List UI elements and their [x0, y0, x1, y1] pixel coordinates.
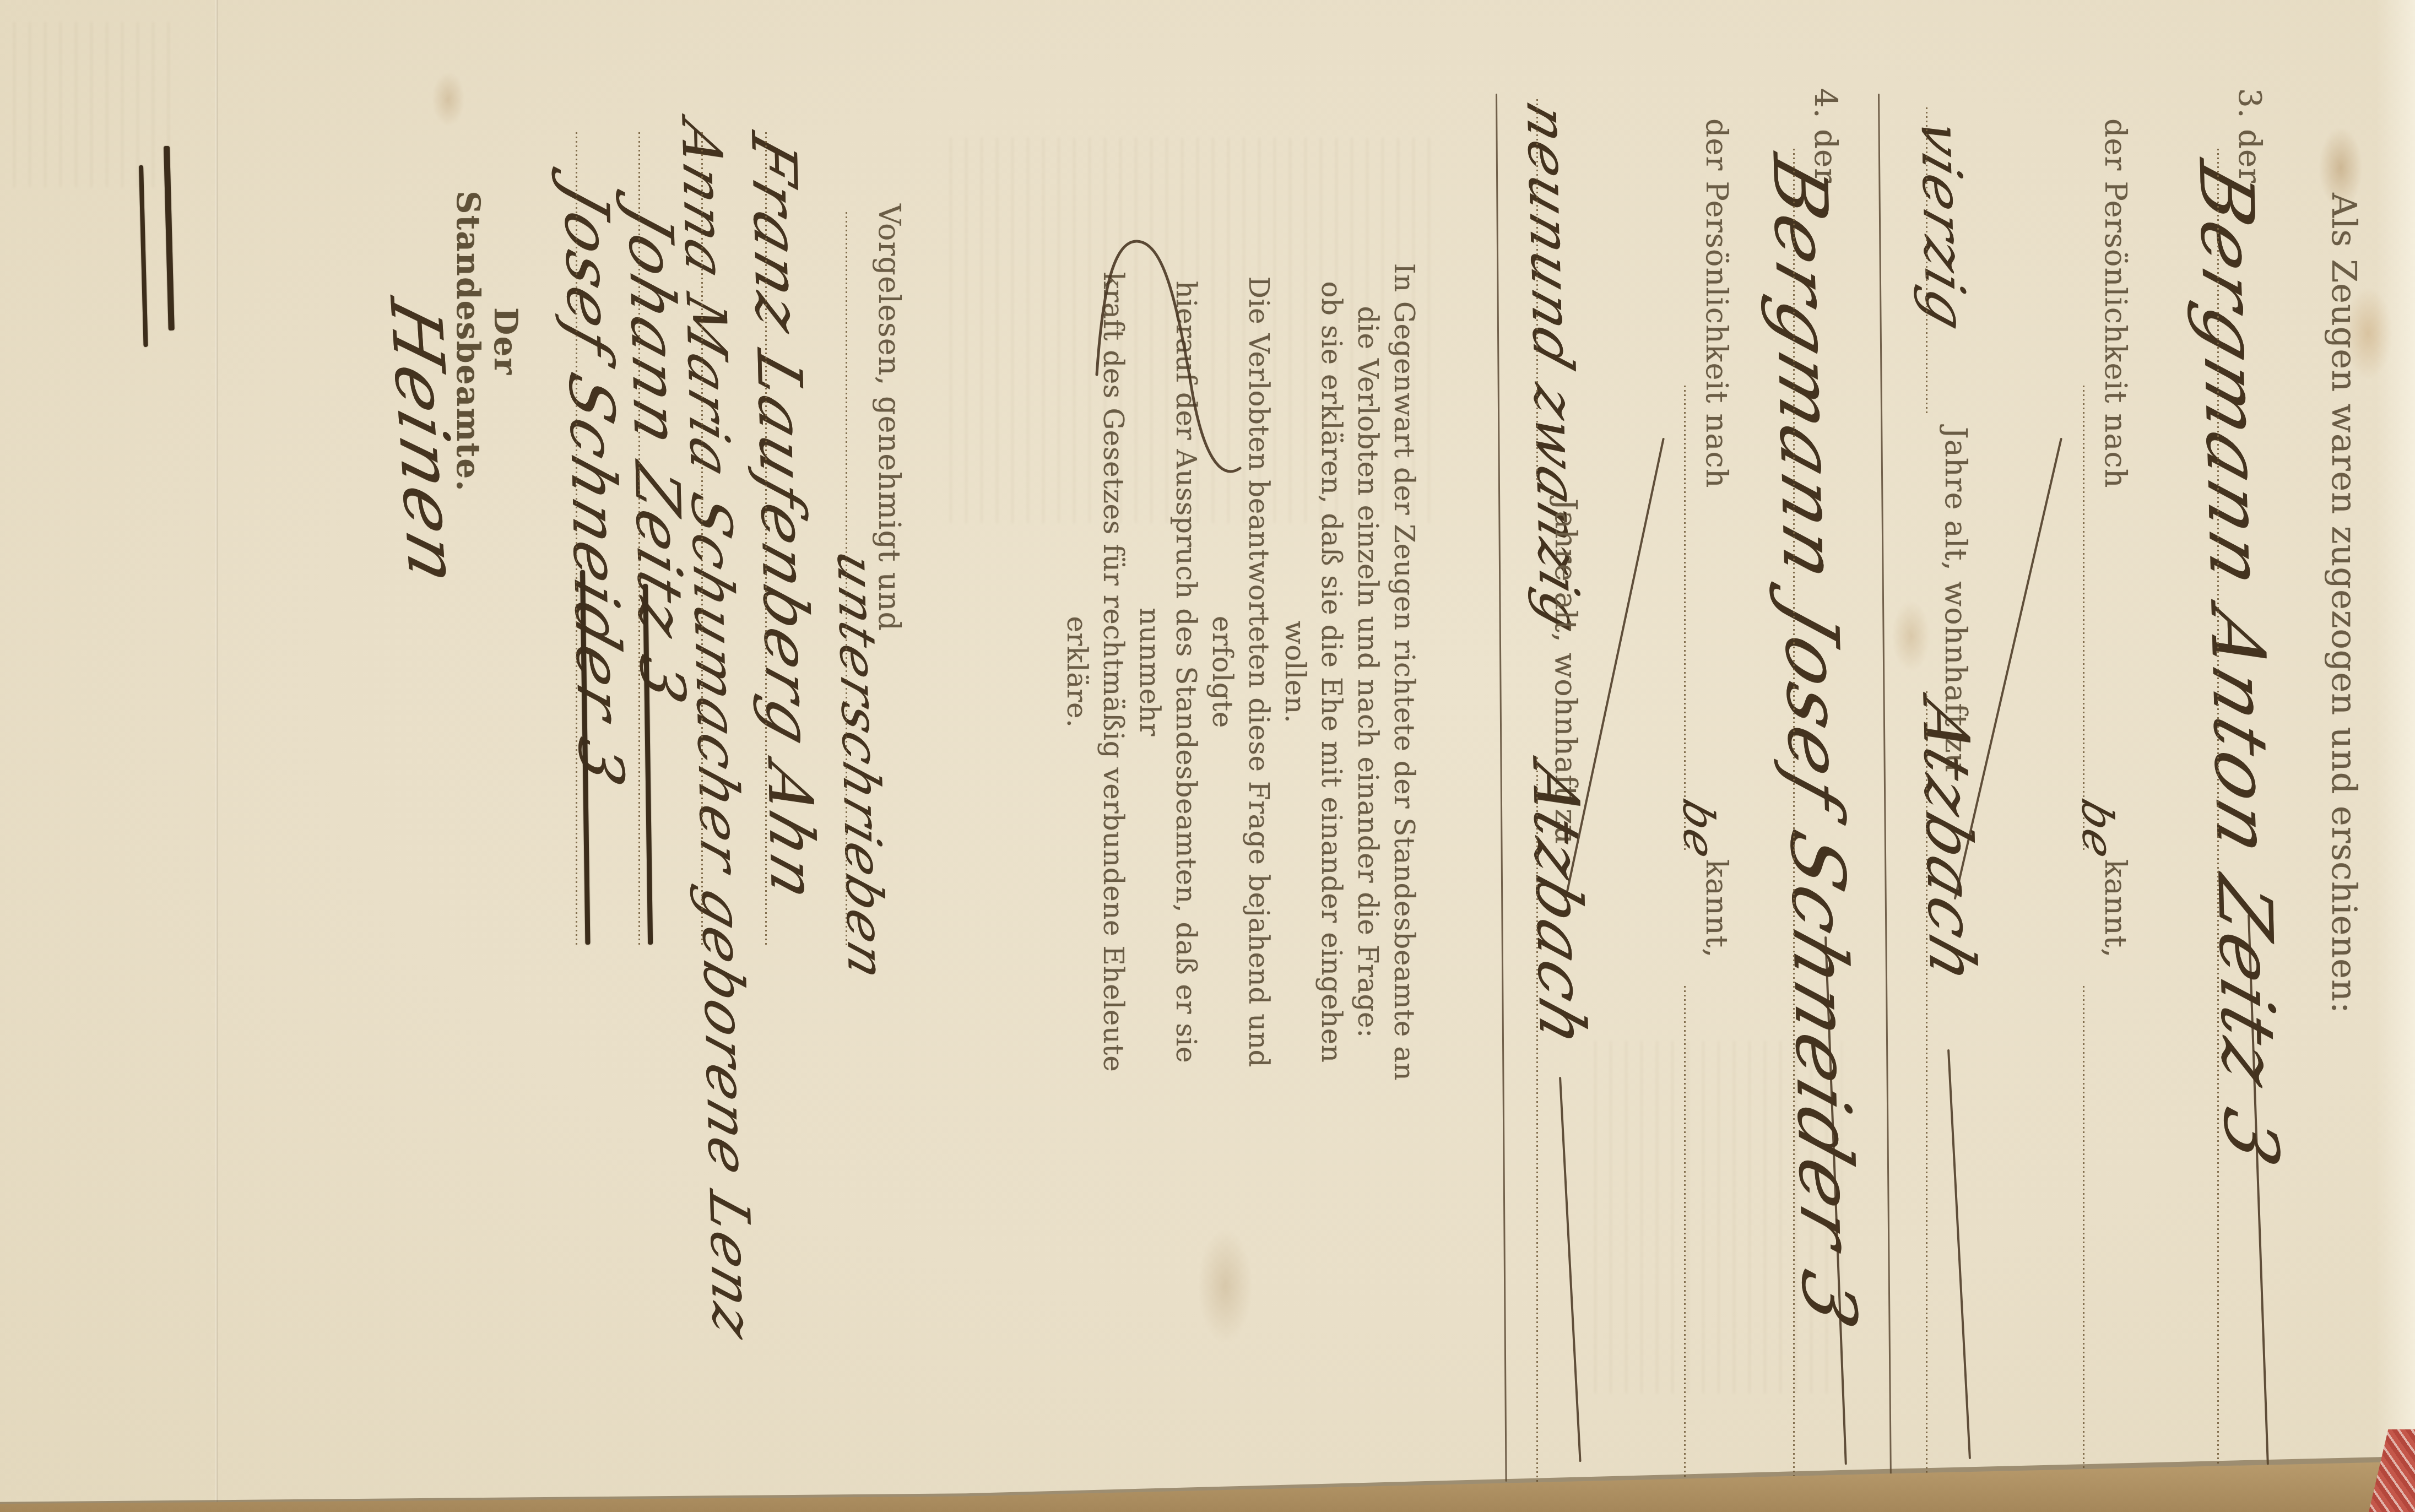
witness3-residence-handwriting: Atzbach [1912, 705, 1985, 981]
witness4-identity-suffix: kannt, [1699, 859, 1734, 958]
closing-hand-text: unterschrieben [826, 544, 896, 989]
declaration-line: In Gegenwart der Zeugen richtete der Sta… [1386, 237, 1422, 1107]
ink-showthrough [13, 22, 178, 187]
witness3-identity-suffix: kannt, [2098, 859, 2133, 958]
witness3-name-text: Bergmann Anton Zeitz 3 [2183, 151, 2295, 1179]
witness4-identity-handwriting: be [1674, 801, 1723, 858]
dotted-rule [1926, 107, 1927, 413]
dotted-rule [765, 132, 767, 947]
dotted-rule [1536, 99, 1538, 482]
dotted-rule [638, 132, 640, 947]
pen-strike [1559, 1077, 1582, 1462]
dotted-rule [2083, 386, 2084, 851]
registrar-signature: Heinen [383, 306, 465, 581]
dotted-rule [2083, 986, 2084, 1482]
entry-separator-line [1496, 94, 1507, 1482]
witness3-number-prefix: 3. der [2232, 88, 2267, 183]
witness4-name-handwriting: Bergmann Josef Schneider 3 [1771, 165, 1858, 1321]
register-page-rotated: Als Zeugen waren zugezogen und erschiene… [0, 0, 2415, 1512]
paper-stain [1892, 600, 1930, 672]
dotted-rule [576, 132, 577, 947]
fold-crease [215, 0, 218, 1512]
witness3-name-handwriting: Bergmann Anton Zeitz 3 [2195, 171, 2282, 1159]
register-scan: Als Zeugen waren zugezogen und erschiene… [0, 0, 2415, 1512]
witness4-residence-handwriting: Atzbach [1521, 768, 1595, 1044]
signature-witness-4: Josef Schneider 3 [557, 190, 629, 782]
signature-witness-1: Franz Laufenberg Ahn [747, 140, 819, 896]
witness3-identity-hand-text: be [2072, 793, 2123, 866]
witness4-residence-text: Atzbach [1518, 755, 1599, 1058]
witness3-residence-text: Atzbach [1908, 691, 1989, 995]
dotted-rule [701, 132, 703, 947]
form-heading: Als Zeugen waren zugezogen und erschiene… [2324, 193, 2364, 1014]
dotted-rule [2217, 149, 2219, 1482]
witness3-age-text: vierzig [1908, 112, 1978, 341]
declaration-line: ob sie erklären, daß sie die Ehe mit ein… [1277, 237, 1350, 1107]
witness3-identity-label: der Persönlichkeit nach [2098, 118, 2133, 489]
dotted-rule [1684, 986, 1686, 1482]
registrar-signature-text: Heinen [373, 290, 474, 596]
witness3-age-handwriting: vierzig [1911, 124, 1975, 329]
paper-stain [1198, 1228, 1253, 1344]
signature-witness-2: Anna Maria Schumacher geborene Lenz [685, 129, 749, 1333]
entry-separator-line [1878, 94, 1892, 1482]
witness4-name-text: Bergmann Josef Schneider 3 [1756, 145, 1873, 1341]
ink-flourish [1090, 116, 1250, 490]
declaration-line: die Verlobten einzeln und nach einander … [1350, 237, 1386, 1107]
signature-1-text: Franz Laufenberg Ahn [737, 125, 829, 912]
dotted-rule [1684, 386, 1686, 851]
dotted-rule [846, 212, 847, 947]
closing-handwriting: unterschrieben [831, 556, 890, 977]
dotted-rule [1536, 757, 1538, 1482]
witness4-identity-label: der Persönlichkeit nach [1699, 118, 1734, 489]
witness3-identity-handwriting: be [2072, 801, 2122, 858]
paper-stain [432, 72, 465, 127]
witness4-identity-hand-text: be [1673, 793, 1724, 866]
dotted-rule [1793, 149, 1795, 1482]
heavy-ink-line [164, 146, 175, 330]
signature-4-text: Josef Schneider 3 [550, 175, 637, 796]
pen-strike [1947, 1049, 1971, 1459]
dotted-rule [1926, 691, 1927, 1482]
heavy-ink-line [139, 165, 148, 347]
